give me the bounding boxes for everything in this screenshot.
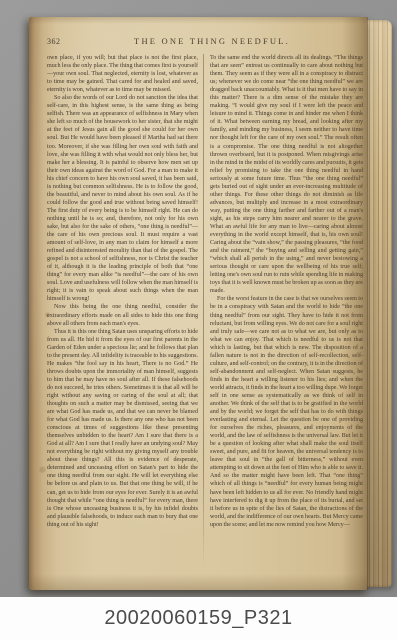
text-columns: own place, if you will; but that place i… [47,54,365,577]
running-head-title: THE ONE THING NEEDFUL. [81,36,343,46]
column-divider-rule [203,54,204,568]
right-paragraph-1: To the same end the world directs all it… [210,54,363,295]
left-paragraph-4: Thus it is this one thing Satan uses uns… [47,328,198,529]
page-text-block: 362 THE ONE THING NEEDFUL. own place, if… [47,36,365,577]
left-paragraph-2: So also the words of our Lord do not san… [47,94,198,303]
right-column: To the same end the world directs all it… [210,54,363,577]
photo-background: 362 THE ONE THING NEEDFUL. own place, if… [0,0,397,640]
archive-label-bar: 20020060159_P321 [0,597,397,640]
left-column: own place, if you will; but that place i… [47,54,198,577]
left-paragraph-3: Now this being the one thing needful, co… [47,303,198,327]
book-page: 362 THE ONE THING NEEDFUL. own place, if… [29,17,367,590]
left-paragraph-1: own place, if you will; but that place i… [47,54,198,94]
page-number: 362 [47,37,81,46]
right-paragraph-2: For the worst feature in the case is tha… [210,295,363,528]
archive-id-label: 20020060159_P321 [104,607,292,630]
page-header-row: 362 THE ONE THING NEEDFUL. [47,36,365,49]
